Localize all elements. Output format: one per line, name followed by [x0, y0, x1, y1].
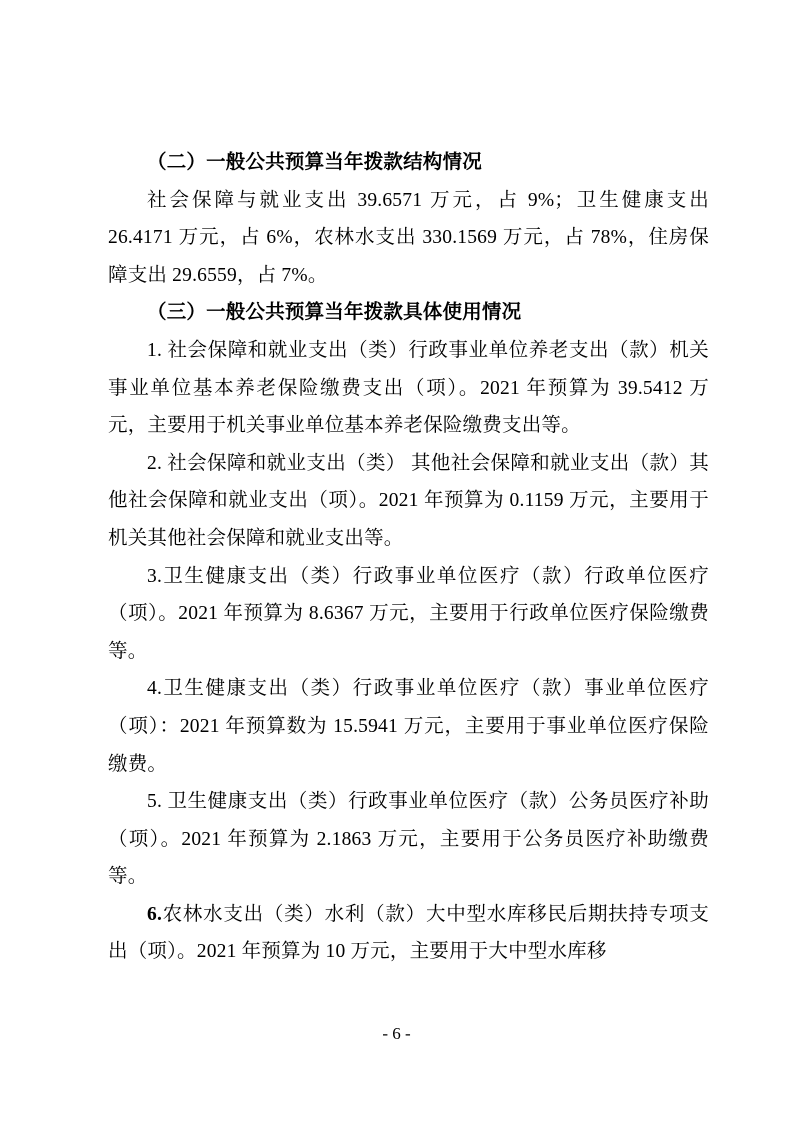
- budget-item-4: 4.卫生健康支出（类）行政事业单位医疗（款）事业单位医疗（项）：2021 年预算…: [108, 670, 709, 783]
- item-number: 3.: [147, 566, 162, 587]
- item-text: 卫生健康支出（类）行政事业单位医疗（款）行政单位医疗（项）。2021 年预算为 …: [108, 566, 709, 662]
- document-body: （二）一般公共预算当年拨款结构情况 社会保障与就业支出 39.6571 万元，占…: [108, 144, 709, 971]
- item-text: 社会保障和就业支出（类） 其他社会保障和就业支出（款）其他社会保障和就业支出（项…: [108, 453, 709, 549]
- document-page: （二）一般公共预算当年拨款结构情况 社会保障与就业支出 39.6571 万元，占…: [0, 0, 793, 1122]
- item-number: 1.: [147, 340, 167, 361]
- item-text: 社会保障和就业支出（类）行政事业单位养老支出（款）机关事业单位基本养老保险缴费支…: [108, 340, 709, 436]
- budget-item-3: 3.卫生健康支出（类）行政事业单位医疗（款）行政单位医疗（项）。2021 年预算…: [108, 558, 709, 671]
- paragraph-allocation-structure: 社会保障与就业支出 39.6571 万元，占 9%；卫生健康支出 26.4171…: [108, 182, 709, 295]
- page-number: - 6 -: [382, 1024, 410, 1043]
- budget-item-5: 5. 卫生健康支出（类）行政事业单位医疗（款）公务员医疗补助（项）。2021 年…: [108, 783, 709, 896]
- budget-item-1: 1. 社会保障和就业支出（类）行政事业单位养老支出（款）机关事业单位基本养老保险…: [108, 332, 709, 445]
- item-number: 6.: [147, 904, 162, 925]
- item-text: 农林水支出（类）水利（款）大中型水库移民后期扶持专项支出（项）。2021 年预算…: [108, 904, 709, 963]
- item-text: 卫生健康支出（类）行政事业单位医疗（款）事业单位医疗（项）：2021 年预算数为…: [108, 678, 709, 774]
- section-heading-allocation-structure: （二）一般公共预算当年拨款结构情况: [108, 144, 709, 182]
- budget-item-2: 2. 社会保障和就业支出（类） 其他社会保障和就业支出（款）其他社会保障和就业支…: [108, 445, 709, 558]
- item-text: 卫生健康支出（类）行政事业单位医疗（款）公务员医疗补助（项）。2021 年预算为…: [108, 791, 709, 887]
- budget-item-6: 6.农林水支出（类）水利（款）大中型水库移民后期扶持专项支出（项）。2021 年…: [108, 896, 709, 971]
- section-heading-specific-usage: （三）一般公共预算当年拨款具体使用情况: [108, 294, 709, 332]
- item-number: 4.: [147, 678, 162, 699]
- item-number: 2.: [147, 453, 167, 474]
- page-footer: - 6 -: [0, 1024, 793, 1044]
- item-number: 5.: [147, 791, 167, 812]
